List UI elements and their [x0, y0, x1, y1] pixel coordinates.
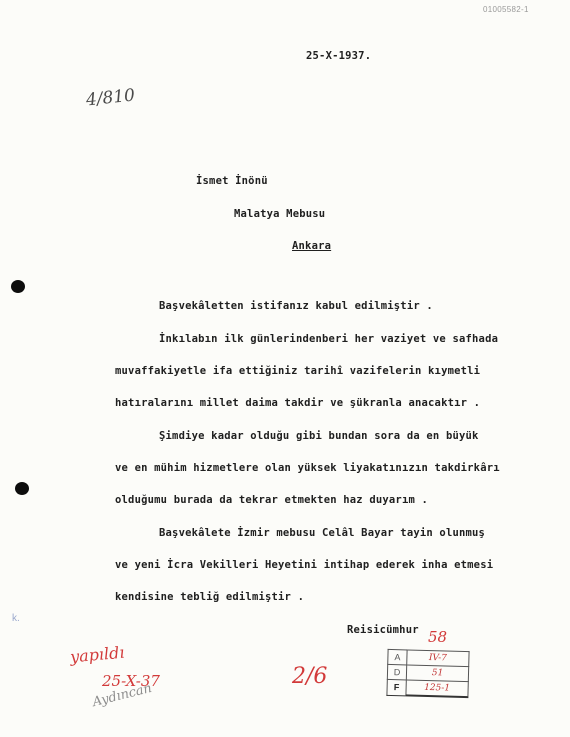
body-line: hatıralarını millet daima takdir ve şükr… — [115, 397, 480, 409]
stamp-key: A — [388, 649, 407, 664]
body-line: ve en mühim hizmetlere olan yüksek liyak… — [115, 462, 500, 474]
signature-title: Reisicümhur — [347, 624, 419, 636]
punch-hole — [11, 280, 25, 293]
stamp-key: F — [387, 679, 406, 695]
blue-margin-mark: k. — [12, 613, 20, 624]
body-line: kendisine tebliğ edilmiştir . — [115, 591, 304, 603]
body-line: olduğumu burada da tekrar etmekten haz d… — [115, 494, 428, 506]
document-date: 25-X-1937. — [306, 50, 371, 62]
document-page: 01005582-1 25-X-1937. 4/810 İsmet İnönü … — [0, 0, 570, 737]
body-line: ve yeni İcra Vekilleri Heyetini intihap … — [115, 559, 493, 571]
stamp-key: D — [387, 664, 406, 679]
archive-stamp: A IV-7 D 51 F 125-1 — [386, 649, 469, 698]
body-line: Şimdiye kadar olduğu gibi bundan sora da… — [159, 430, 479, 442]
archive-number: 01005582-1 — [483, 5, 529, 14]
body-line: Başvekâletten istifanız kabul edilmiştir… — [159, 300, 433, 312]
stamp-row-f: F 125-1 — [387, 679, 468, 697]
red-note-word: yapıldı — [69, 643, 125, 667]
handwritten-reference: 4/810 — [85, 85, 136, 110]
punch-hole — [15, 482, 29, 495]
red-stamp-number: 58 — [428, 628, 447, 646]
recipient-city: Ankara — [292, 240, 331, 252]
red-page-number: 2/6 — [292, 664, 327, 689]
body-line: Başvekâlete İzmir mebusu Celâl Bayar tay… — [159, 527, 485, 539]
stamp-value: 125-1 — [406, 680, 468, 697]
recipient-title: Malatya Mebusu — [234, 208, 325, 220]
recipient-name: İsmet İnönü — [196, 175, 268, 187]
body-line: İnkılabın ilk günlerindenberi her vaziye… — [159, 333, 498, 345]
stamp-value: 51 — [406, 665, 468, 682]
stamp-value: IV-7 — [407, 650, 469, 667]
body-line: muvaffakiyetle ifa ettiğiniz tarihî vazi… — [115, 365, 480, 377]
